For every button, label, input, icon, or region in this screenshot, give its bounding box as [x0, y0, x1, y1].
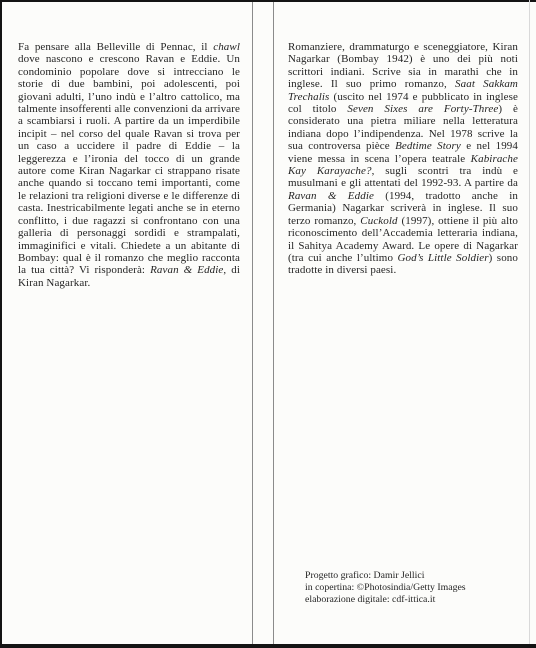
- author-bio-text: Romanziere, drammaturgo e sceneggiatore,…: [288, 41, 518, 277]
- scan-edge-top: [0, 0, 536, 2]
- credits-block: Progetto grafico: Damir Jellici in coper…: [305, 570, 466, 606]
- page-edge-right: [529, 0, 530, 648]
- scan-edge-bottom: [0, 644, 536, 648]
- credit-line-graphic-design: Progetto grafico: Damir Jellici: [305, 570, 466, 582]
- left-flap: Fa pensare alla Belleville di Pennac, il…: [18, 41, 240, 289]
- book-jacket-scan: Fa pensare alla Belleville di Pennac, il…: [0, 0, 536, 648]
- right-flap: Romanziere, drammaturgo e sceneggiatore,…: [288, 41, 518, 277]
- fold-line-right: [273, 2, 274, 644]
- synopsis-text: Fa pensare alla Belleville di Pennac, il…: [18, 41, 240, 289]
- credit-line-digital: elaborazione digitale: cdf-ittica.it: [305, 594, 466, 606]
- scan-edge-left: [0, 0, 2, 648]
- credit-line-cover-photo: in copertina: ©Photosindia/Getty Images: [305, 582, 466, 594]
- fold-line-left: [252, 2, 253, 644]
